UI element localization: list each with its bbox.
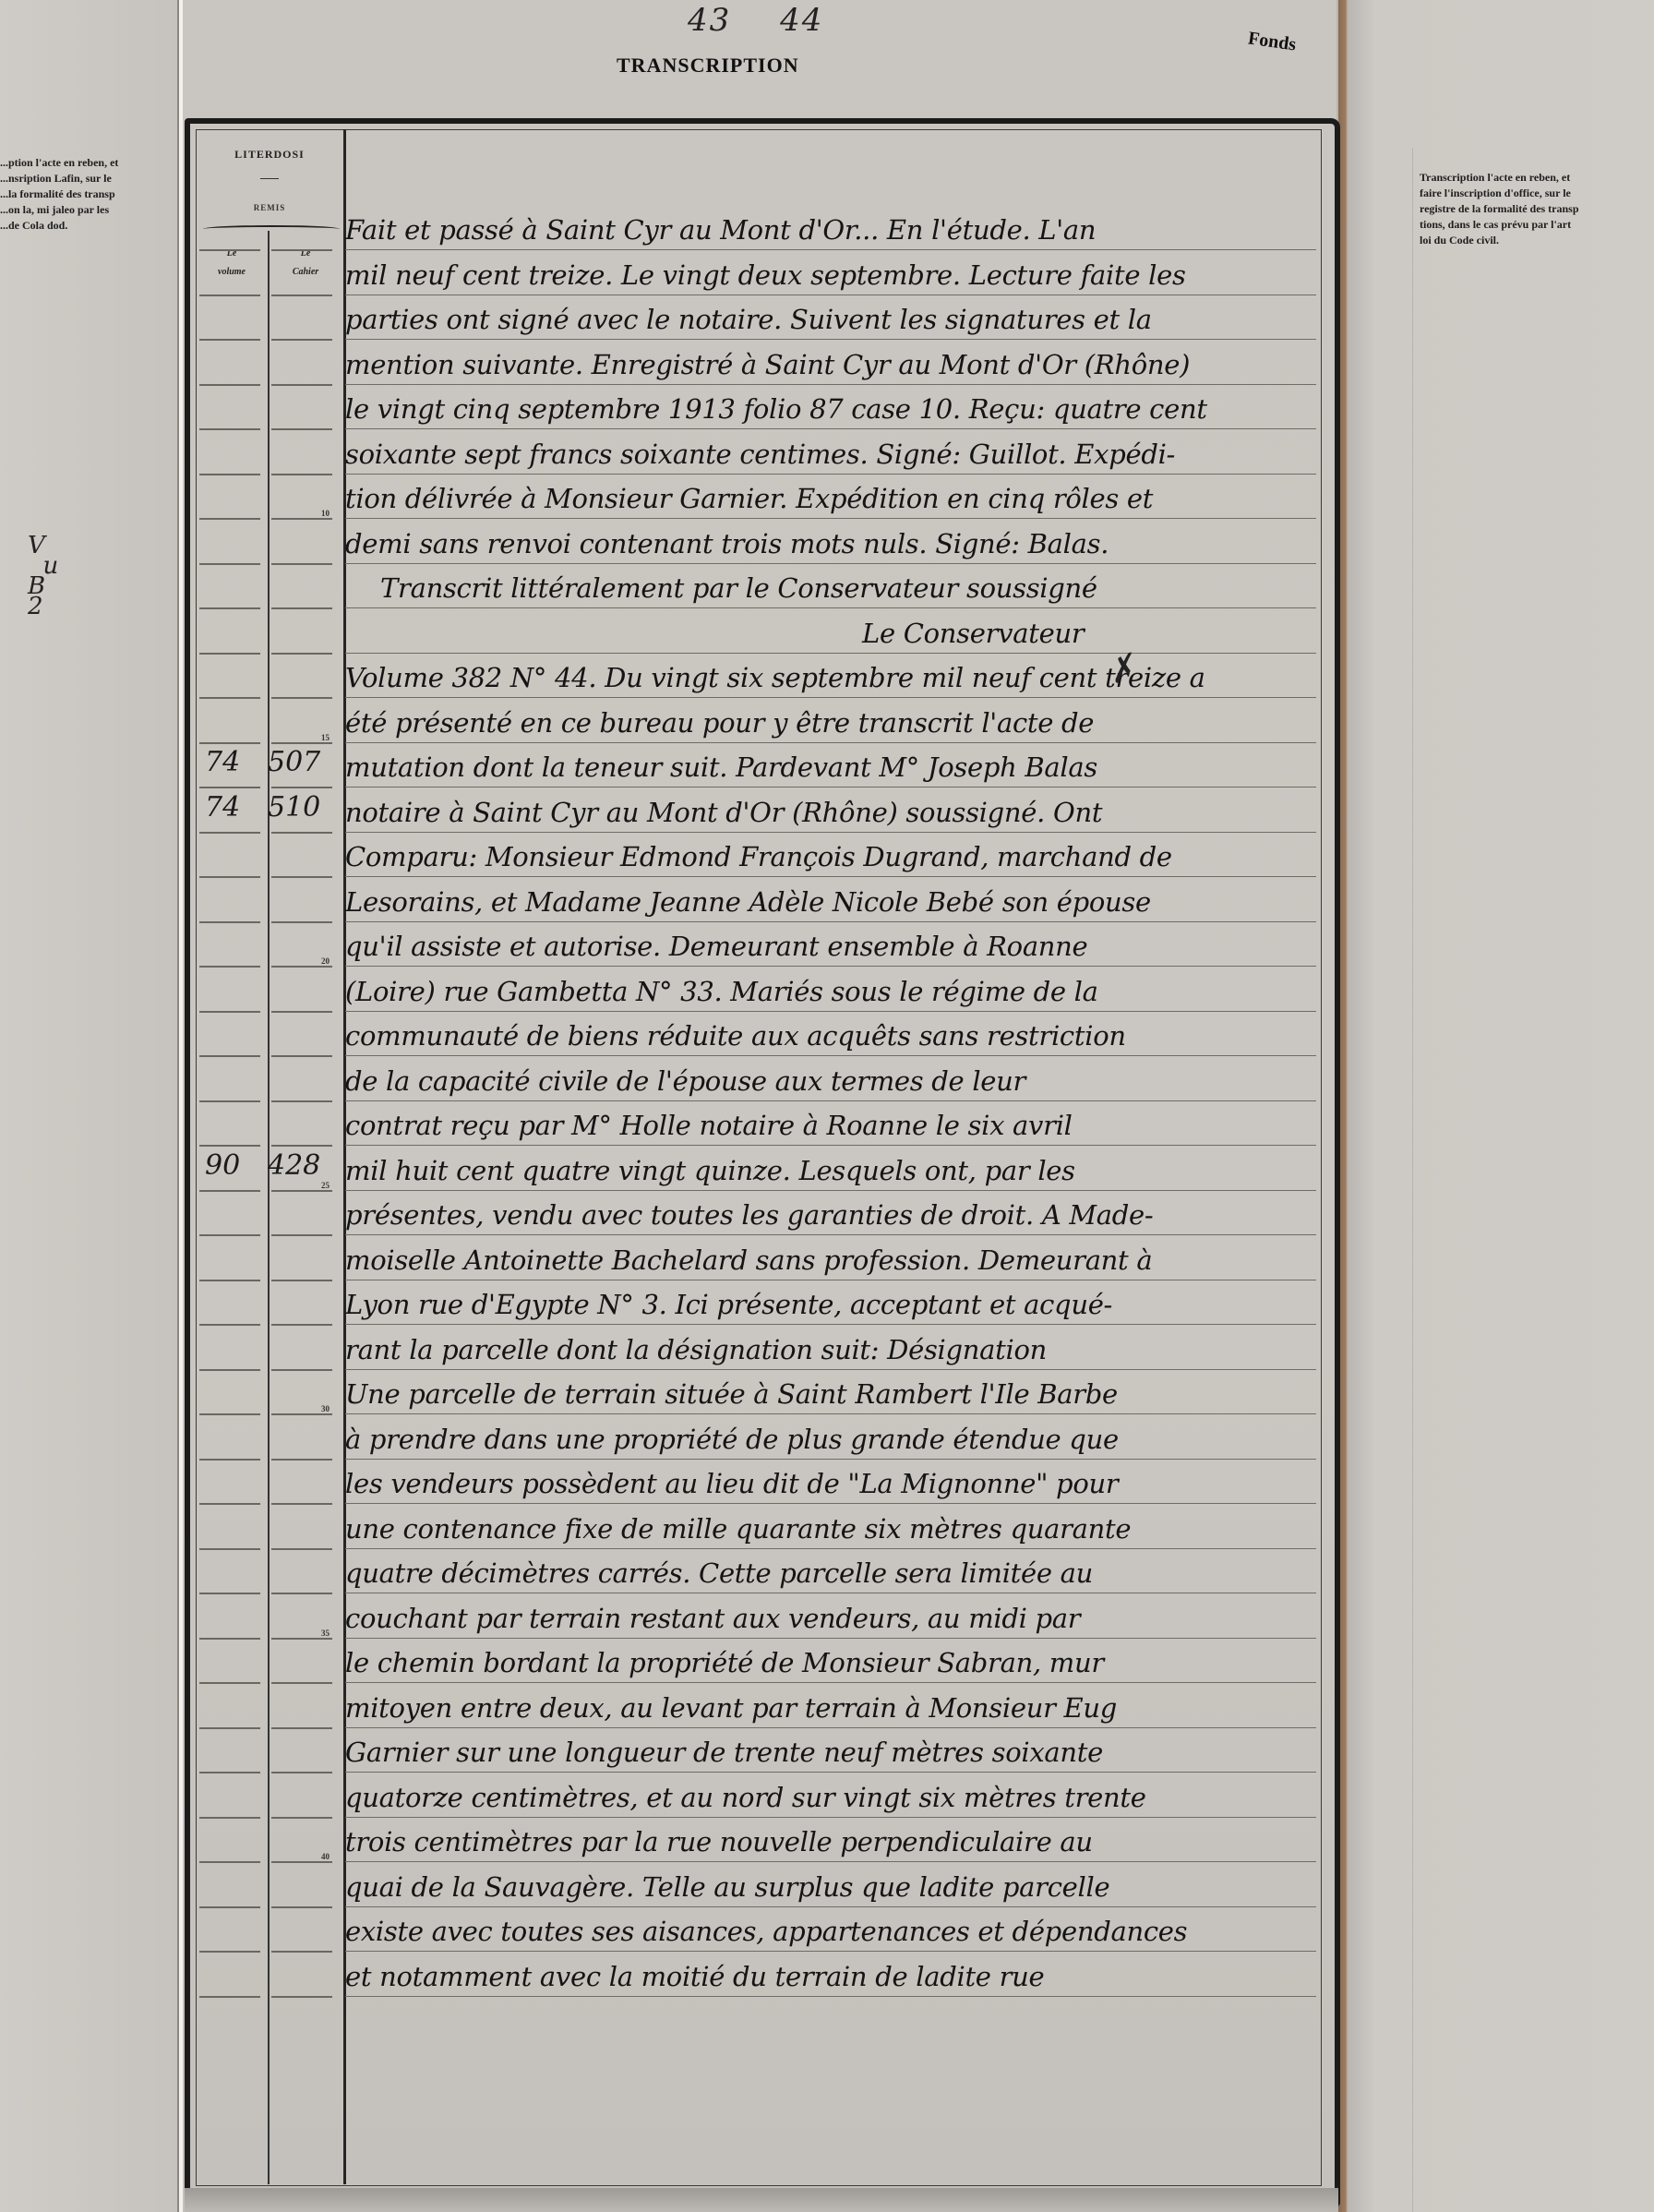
line-number: 30: [321, 1404, 330, 1413]
line-number: 25: [321, 1181, 330, 1190]
folio-rule: [271, 876, 332, 878]
right-note-line: tions, dans le cas prévu par l'art: [1420, 217, 1654, 233]
transcription-line: présentes, vendu avec toutes les garanti…: [345, 1199, 1316, 1240]
folio-rule: [271, 1011, 332, 1013]
volume-rule: [199, 607, 260, 609]
header-dash: [260, 178, 279, 179]
transcription-line: le vingt cinq septembre 1913 folio 87 ca…: [345, 393, 1316, 434]
volume-rule: [199, 1727, 260, 1729]
page-heading: TRANSCRIPTION: [617, 54, 799, 78]
volume-rule: [199, 1638, 260, 1640]
volume-rule: [199, 966, 260, 968]
folio-rule: [271, 1727, 332, 1729]
left-margin-note: ...ption l'acte en reben, et...nsription…: [0, 155, 175, 234]
volume-rule: [199, 1861, 260, 1863]
left-note-line: ...nsription Lafin, sur le: [0, 171, 175, 186]
volume-rule: [199, 1593, 260, 1594]
transcription-line: Le Conservateur: [345, 618, 1654, 658]
volume-rule: [199, 1503, 260, 1505]
line-number: 15: [321, 733, 330, 742]
page-bottom-shadow: [185, 2188, 1338, 2212]
page-numbers: 43 44: [688, 2, 860, 39]
transcription-line: mitoyen entre deux, au levant par terrai…: [345, 1692, 1316, 1733]
transcription-line: Transcrit littéralement par le Conservat…: [345, 572, 1351, 613]
folio-rule: [271, 1055, 332, 1057]
volume-rule: [199, 921, 260, 923]
volume-rule: [199, 876, 260, 878]
folio-rule: [271, 1100, 332, 1102]
folio-rule: [271, 1951, 332, 1953]
transcription-line: Garnier sur une longueur de trente neuf …: [345, 1737, 1316, 1777]
header-curve-rule: [203, 225, 340, 233]
transcription-line: une contenance fixe de mille quarante si…: [345, 1513, 1316, 1554]
right-note-line: Transcription l'acte en reben, et: [1420, 170, 1654, 186]
right-note-line: loi du Code civil.: [1420, 233, 1654, 248]
folio-rule: [271, 295, 332, 296]
transcription-line: mil huit cent quatre vingt quinze. Lesqu…: [345, 1155, 1316, 1196]
transcription-line: contrat reçu par M° Holle notaire à Roan…: [345, 1110, 1316, 1150]
folio-rule: [271, 518, 332, 520]
folio-rule: [271, 1772, 332, 1773]
column-divider: [268, 231, 270, 2184]
transcription-line: le chemin bordant la propriété de Monsie…: [345, 1647, 1316, 1688]
transcription-line: existe avec toutes ses aisances, apparte…: [345, 1916, 1316, 1956]
folio-rule: [271, 1996, 332, 1998]
line-number: 20: [321, 956, 330, 966]
transcription-line: et notamment avec la moitié du terrain d…: [345, 1961, 1316, 2002]
transcription-line: couchant par terrain restant aux vendeur…: [345, 1603, 1316, 1643]
volume-rule: [199, 563, 260, 565]
volume-rule: [199, 428, 260, 430]
volume-rule: [199, 1234, 260, 1236]
transcription-line: notaire à Saint Cyr au Mont d'Or (Rhône)…: [345, 797, 1316, 837]
transcription-line: tion délivrée à Monsieur Garnier. Expédi…: [345, 483, 1316, 523]
right-note-line: faire l'inscription d'office, sur le: [1420, 186, 1654, 201]
folio-rule: [271, 1503, 332, 1505]
volume-rule: [199, 1459, 260, 1461]
line-number: 35: [321, 1629, 330, 1638]
volume-rule: [199, 1055, 260, 1057]
volume-rule: [199, 384, 260, 386]
volume-rule: [199, 1906, 260, 1908]
volume-rule: [199, 742, 260, 744]
folio-rule: [271, 787, 332, 788]
transcription-line: parties ont signé avec le notaire. Suive…: [345, 304, 1316, 344]
folio-number: 510: [268, 791, 320, 823]
line-number: 40: [321, 1852, 330, 1861]
transcription-line: mil neuf cent treize. Le vingt deux sept…: [345, 259, 1316, 300]
folio-rule: [271, 607, 332, 609]
folio-rule: [271, 1190, 332, 1192]
reference-header-sub: REMIS: [196, 203, 343, 212]
left-note-line: ...ption l'acte en reben, et: [0, 155, 175, 171]
folio-rule: [271, 1548, 332, 1550]
folio-rule: [271, 832, 332, 834]
folio-rule: [271, 1234, 332, 1236]
volume-rule: [199, 474, 260, 475]
transcription-line: demi sans renvoi contenant trois mots nu…: [345, 528, 1316, 569]
transcription-line: à prendre dans une propriété de plus gra…: [345, 1424, 1316, 1464]
volume-rule: [199, 1100, 260, 1102]
folio-rule: [271, 966, 332, 968]
volume-rule: [199, 697, 260, 699]
transcription-line: moiselle Antoinette Bachelard sans profe…: [345, 1244, 1316, 1285]
transcription-line: Fait et passé à Saint Cyr au Mont d'Or..…: [345, 214, 1316, 255]
folio-rule: [271, 474, 332, 475]
volume-number: 90: [205, 1149, 240, 1182]
transcription-line: (Loire) rue Gambetta N° 33. Mariés sous …: [345, 976, 1316, 1016]
volume-rule: [199, 1682, 260, 1684]
transcription-line: quatre décimètres carrés. Cette parcelle…: [345, 1557, 1316, 1598]
transcription-line: soixante sept francs soixante centimes. …: [345, 439, 1316, 479]
volume-rule: [199, 1413, 260, 1415]
folio-rule: [271, 742, 332, 744]
folio-rule: [271, 1682, 332, 1684]
folio-rule: [271, 653, 332, 655]
folio-number: 428: [268, 1149, 320, 1182]
transcription-line: trois centimètres par la rue nouvelle pe…: [345, 1826, 1316, 1867]
folio-rule: [271, 1593, 332, 1594]
line-number: 10: [321, 509, 330, 518]
reference-header-title: LITERDOSI: [196, 148, 343, 162]
volume-rule: [199, 1011, 260, 1013]
folio-rule: [271, 384, 332, 386]
folio-rule: [271, 249, 332, 251]
volume-rule: [199, 249, 260, 251]
transcription-line: été présenté en ce bureau pour y être tr…: [345, 707, 1316, 748]
transcription-line: qu'il assiste et autorise. Demeurant ens…: [345, 931, 1316, 971]
page-number-left: 43: [688, 2, 731, 39]
folio-rule: [271, 1817, 332, 1819]
folio-rule: [271, 1906, 332, 1908]
volume-rule: [199, 1190, 260, 1192]
volume-rule: [199, 832, 260, 834]
volume-rule: [199, 1817, 260, 1819]
folio-rule: [271, 1145, 332, 1147]
volume-rule: [199, 1548, 260, 1550]
page-number-right: 44: [780, 2, 823, 39]
transcription-line: Volume 382 N° 44. Du vingt six septembre…: [345, 662, 1316, 703]
transcription-line: Lesorains, et Madame Jeanne Adèle Nicole…: [345, 886, 1316, 927]
transcription-line: quai de la Sauvagère. Telle au surplus q…: [345, 1871, 1316, 1912]
folio-rule: [271, 1280, 332, 1281]
folio-number: 507: [268, 746, 320, 778]
transcription-line: Une parcelle de terrain située à Saint R…: [345, 1378, 1316, 1419]
transcription-line: les vendeurs possèdent au lieu dit de "L…: [345, 1468, 1316, 1509]
volume-rule: [199, 787, 260, 788]
transcription-line: quatorze centimètres, et au nord sur vin…: [345, 1782, 1316, 1822]
transcription-line: Lyon rue d'Egypte N° 3. Ici présente, ac…: [345, 1289, 1316, 1329]
margin-scribble: V u B 2: [28, 535, 58, 617]
folio-rule: [271, 1861, 332, 1863]
transcription-line: mention suivante. Enregistré à Saint Cyr…: [345, 349, 1316, 390]
right-note-line: registre de la formalité des transp: [1420, 201, 1654, 217]
folio-rule: [271, 1459, 332, 1461]
right-page-inner: [1412, 148, 1654, 2212]
left-note-line: ...de Cola dod.: [0, 218, 175, 234]
folio-rule: [271, 428, 332, 430]
volume-rule: [199, 1145, 260, 1147]
volume-number: 74: [205, 791, 240, 823]
volume-rule: [199, 1951, 260, 1953]
transcription-line: communauté de biens réduite aux acquêts …: [345, 1020, 1316, 1061]
volume-number: 74: [205, 746, 240, 778]
left-page-edge: [0, 0, 183, 2212]
volume-rule: [199, 1996, 260, 1998]
left-note-line: ...on la, mi jaleo par les: [0, 202, 175, 218]
left-note-line: ...la formalité des transp: [0, 186, 175, 202]
transcription-line: mutation dont la teneur suit. Pardevant …: [345, 751, 1316, 792]
volume-rule: [199, 1324, 260, 1326]
right-margin-note: Transcription l'acte en reben, etfaire l…: [1420, 170, 1654, 248]
folio-rule: [271, 339, 332, 341]
folio-rule: [271, 1369, 332, 1371]
volume-rule: [199, 339, 260, 341]
transcription-line: de la capacité civile de l'épouse aux te…: [345, 1065, 1316, 1106]
volume-rule: [199, 1280, 260, 1281]
folio-rule: [271, 1638, 332, 1640]
folio-rule: [271, 697, 332, 699]
folio-rule: [271, 1324, 332, 1326]
folio-rule: [271, 921, 332, 923]
volume-rule: [199, 653, 260, 655]
volume-rule: [199, 518, 260, 520]
volume-rule: [199, 1369, 260, 1371]
volume-rule: [199, 295, 260, 296]
transcription-line: Comparu: Monsieur Edmond François Dugran…: [345, 841, 1316, 882]
folio-rule: [271, 1413, 332, 1415]
volume-rule: [199, 1772, 260, 1773]
folio-rule: [271, 563, 332, 565]
transcription-line: rant la parcelle dont la désignation sui…: [345, 1334, 1316, 1375]
